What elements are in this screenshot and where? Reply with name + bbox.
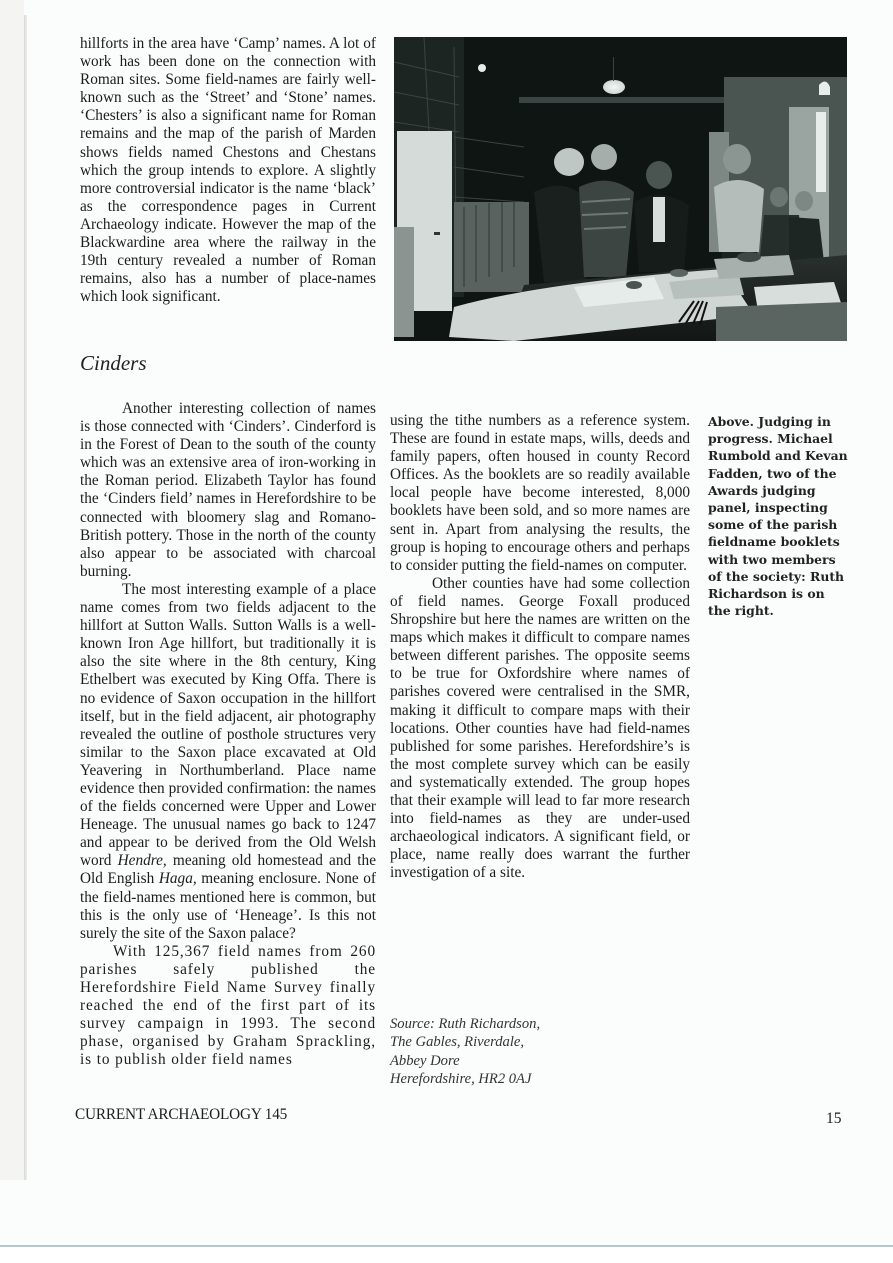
paragraph-other-counties: Other counties have had some collection … [390, 575, 690, 883]
intro-paragraph: hillforts in the area have ‘Camp’ names.… [80, 35, 376, 306]
source-line: Abbey Dore [390, 1052, 540, 1070]
scan-margin [0, 0, 24, 1180]
italic-term-hendre: Hendre, [118, 852, 167, 869]
source-line: Source: Ruth Richardson, [390, 1015, 540, 1033]
publication-footer: CURRENT ARCHAEOLOGY 145 [75, 1106, 287, 1124]
scan-bottom-edge [0, 1245, 893, 1263]
article-left-column: Another interesting collection of names … [80, 400, 376, 1069]
article-middle-column: using the tithe numbers as a reference s… [390, 412, 690, 882]
paragraph-text: The most interesting example of a place … [80, 581, 376, 869]
source-line: The Gables, Riverdale, [390, 1033, 540, 1051]
section-heading-cinders: Cinders [80, 351, 147, 376]
photo-image [394, 37, 847, 341]
page-gutter-line [24, 15, 27, 1180]
judging-photo [394, 37, 847, 341]
paragraph-cinders: Another interesting collection of names … [80, 400, 376, 581]
source-attribution: Source: Ruth Richardson, The Gables, Riv… [390, 1015, 540, 1089]
italic-term-haga: Haga, [159, 870, 197, 887]
paragraph-sutton-walls: The most interesting example of a place … [80, 581, 376, 943]
photo-caption: Above. Judging in progress. Michael Rumb… [708, 413, 848, 619]
source-line: Herefordshire, HR2 0AJ [390, 1070, 540, 1088]
paragraph-tithe-numbers: using the tithe numbers as a reference s… [390, 412, 690, 575]
paragraph-survey-phases: With 125,367 field names from 260 parish… [80, 943, 376, 1070]
article-intro-column: hillforts in the area have ‘Camp’ names.… [80, 35, 376, 306]
page-number: 15 [826, 1110, 842, 1128]
